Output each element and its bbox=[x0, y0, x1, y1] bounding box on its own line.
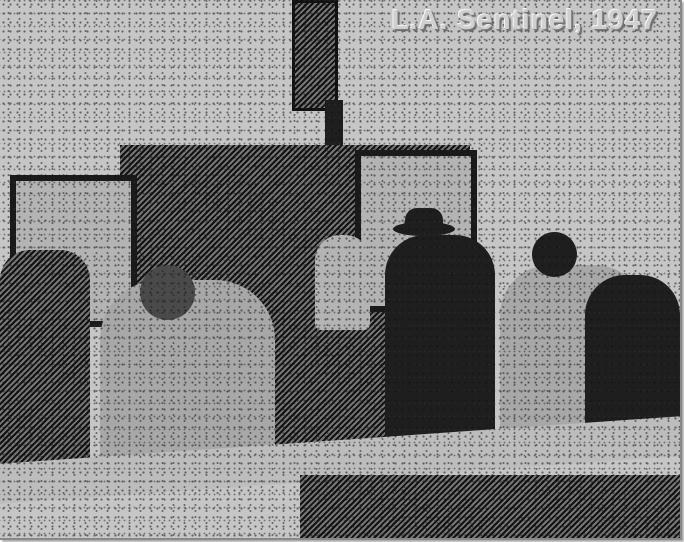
watermark-caption: L.A. Sentinel, 1947 bbox=[392, 4, 658, 36]
halftone-grain bbox=[0, 0, 680, 538]
newspaper-photo: L.A. Sentinel, 1947 bbox=[0, 0, 682, 540]
